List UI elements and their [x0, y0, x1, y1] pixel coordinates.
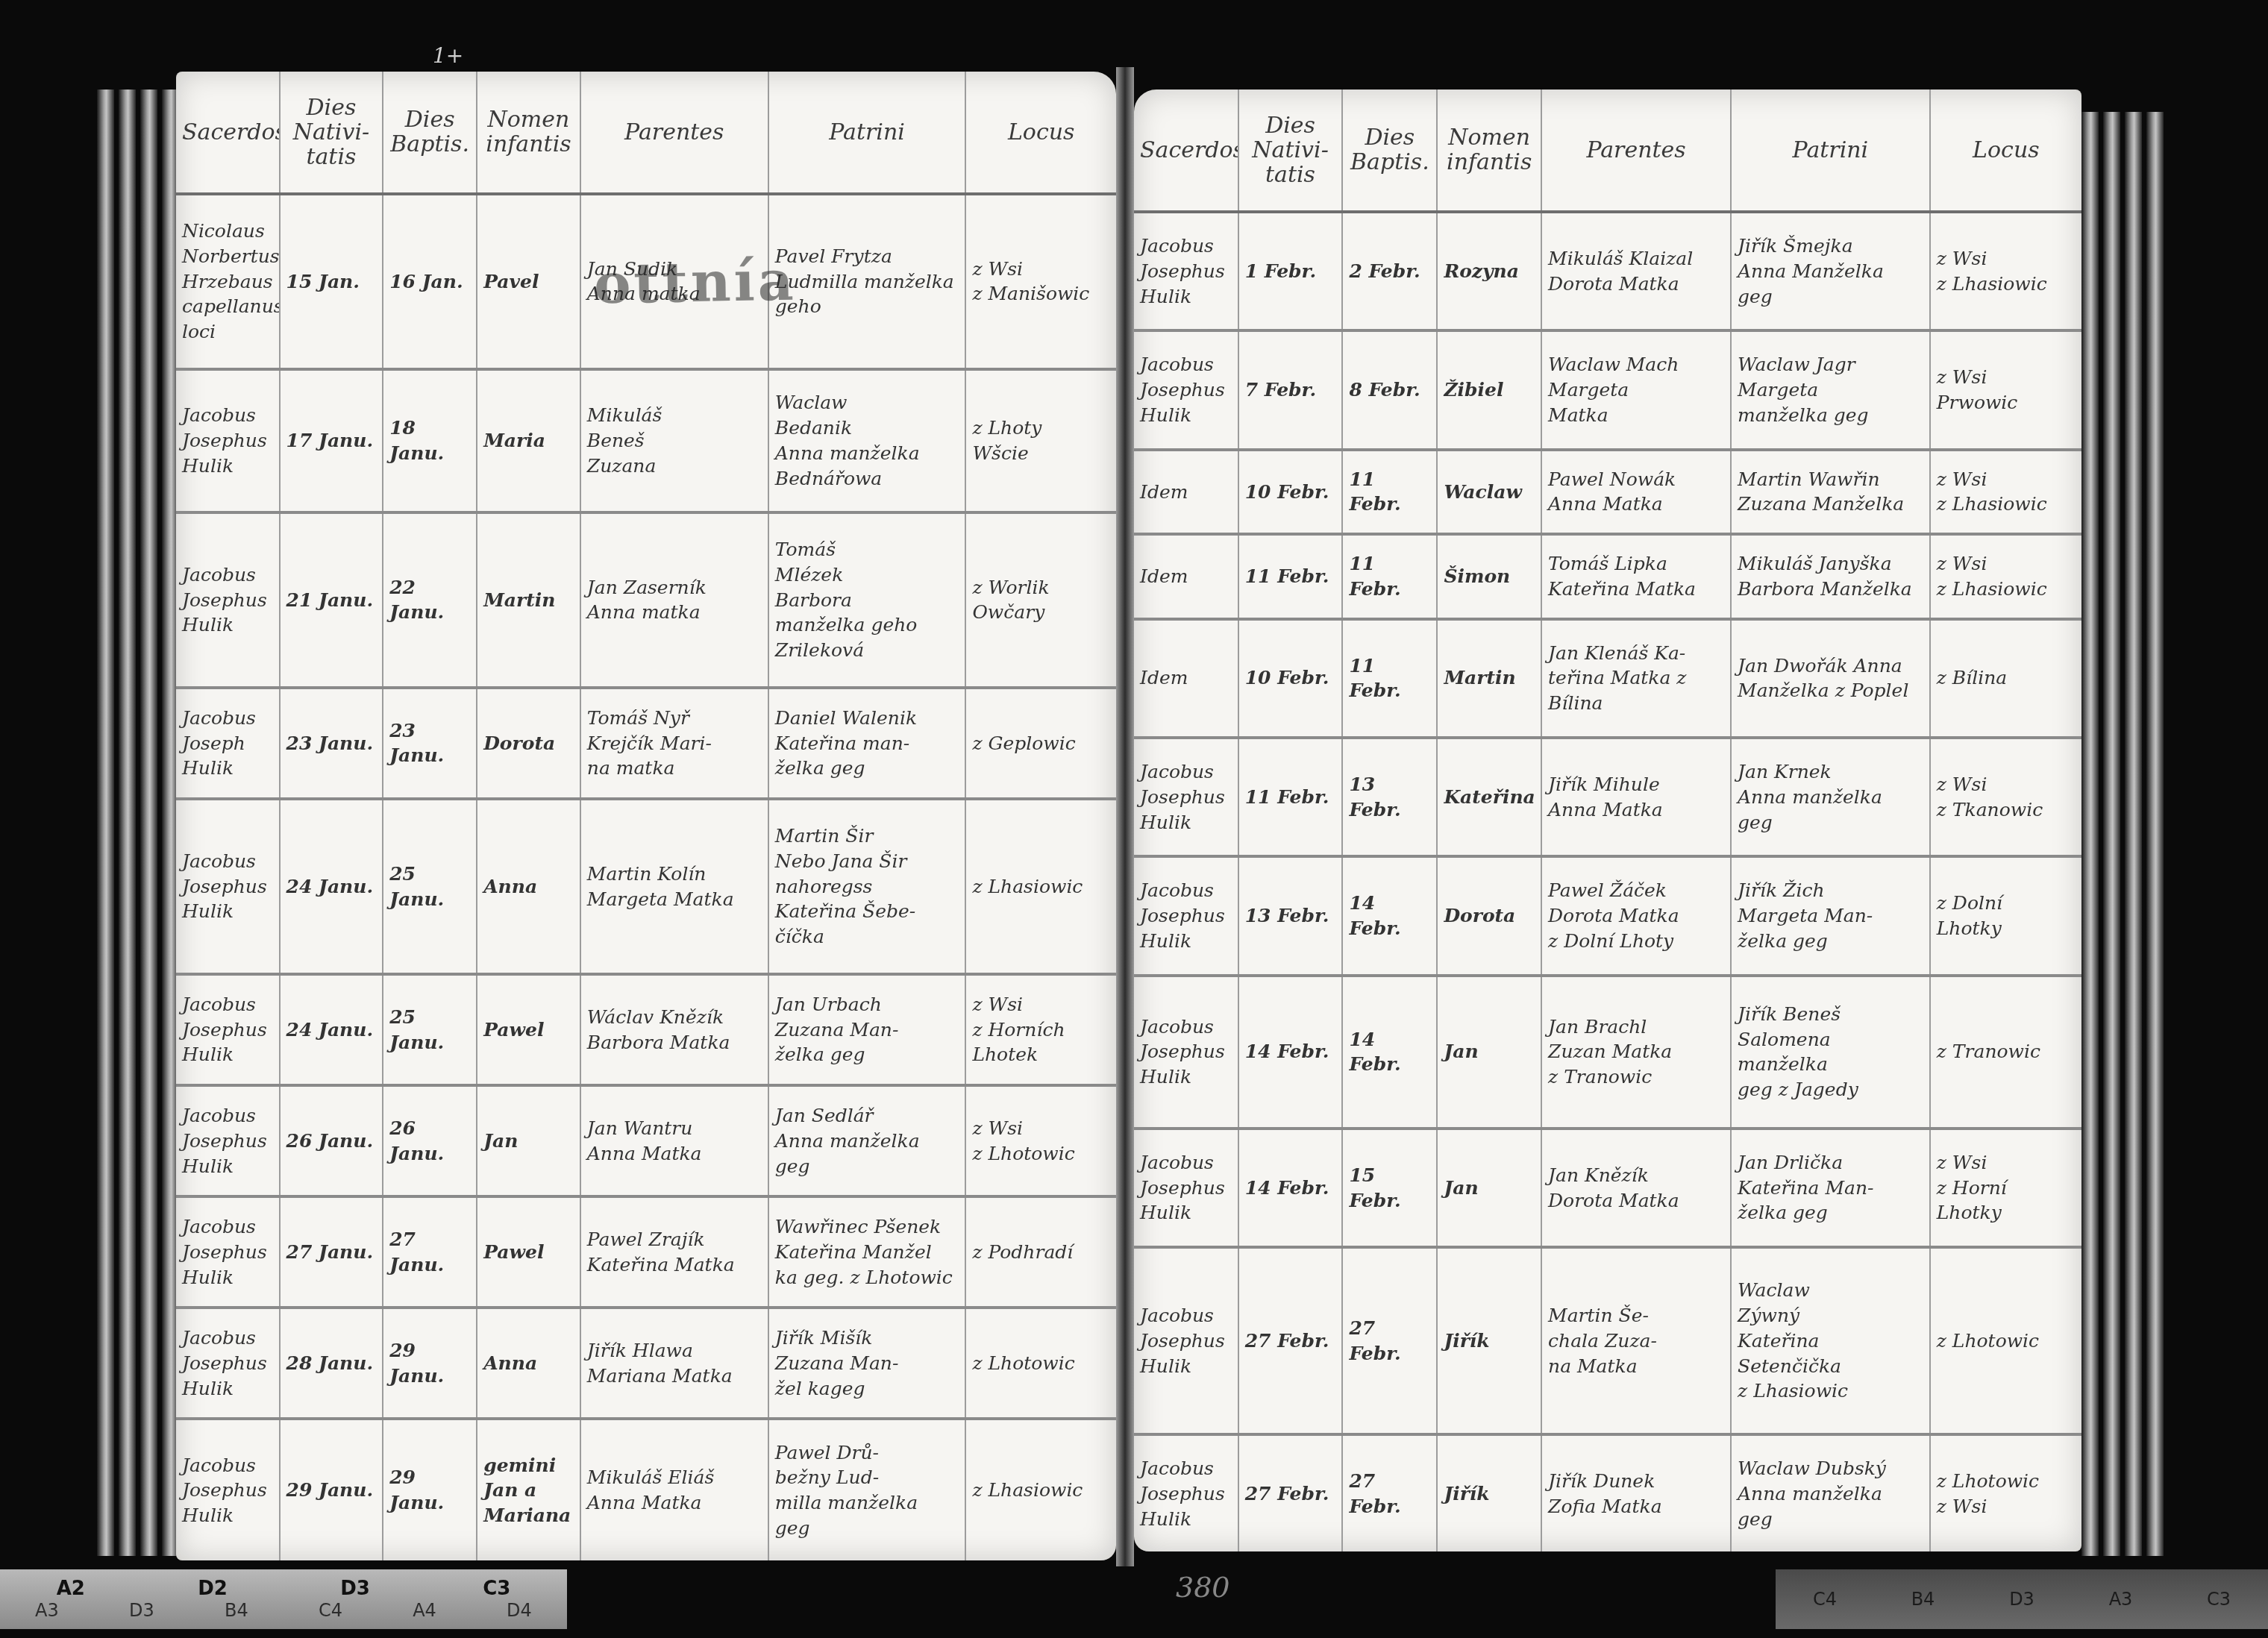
cell-sacerdos: Jacobus Josephus Hulik: [1134, 330, 1238, 449]
cell-nomen: Jiřík: [1437, 1434, 1541, 1551]
cell-parentes: Jan Brachl Zuzan Matka z Tranowic: [1541, 976, 1731, 1129]
cell-patrini: Jan Dwořák Anna Manželka z Poplel: [1731, 619, 1930, 738]
left-page: SacerdosDies Nativi- tatisDies Baptis.No…: [176, 72, 1116, 1560]
register-entry: Jacobus Josephus Hulik24 Janu.25 Janu.Pa…: [176, 974, 1116, 1085]
cell-natus: 21 Janu.: [280, 512, 383, 688]
cell-patrini: Jiřík Mišík Zuzana Man- žel kageg: [768, 1308, 966, 1419]
register-entry: Jacobus Josephus Hulik1 Febr.2 Febr.Rozy…: [1134, 212, 2081, 330]
cell-sacerdos: Jacobus Josephus Hulik: [1134, 738, 1238, 856]
cell-nomen: Jan: [477, 1085, 580, 1196]
cell-sacerdos: Idem: [1134, 450, 1238, 534]
cell-sacerdos: Jacobus Josephus Hulik: [176, 1419, 280, 1560]
cell-nomen: Waclaw: [1437, 450, 1541, 534]
register-table-right: SacerdosDies Nativi- tatisDies Baptis.No…: [1134, 90, 2081, 1551]
cell-natus: 1 Febr.: [1238, 212, 1343, 330]
scale-ruler-right: C4B4D3A3C3: [1776, 1569, 2268, 1629]
cell-patrini: Jiřík Žich Margeta Man- želka geg: [1731, 856, 1930, 975]
book-edge-right: [2081, 112, 2164, 1556]
cell-parentes: Mikuláš Eliáš Anna Matka: [580, 1419, 768, 1560]
cell-locus: z Wsi z Lhotowic: [965, 1085, 1116, 1196]
library-stamp: ottnía: [593, 249, 797, 317]
cell-natus: 29 Janu.: [280, 1419, 383, 1560]
column-header-locus: Locus: [965, 72, 1116, 194]
cell-patrini: Tomáš Mlézek Barbora manželka geho Zrile…: [768, 512, 966, 688]
cell-baptismus: 15 Febr.: [1342, 1129, 1437, 1247]
cell-nomen: Šimon: [1437, 534, 1541, 618]
ruler-label: C3: [483, 1578, 510, 1600]
cell-natus: 17 Janu.: [280, 369, 383, 512]
cell-baptismus: 27 Janu.: [383, 1196, 477, 1308]
cell-parentes: Mikuláš Klaizal Dorota Matka: [1541, 212, 1731, 330]
cell-nomen: Pawel: [477, 974, 580, 1085]
cell-natus: 23 Janu.: [280, 688, 383, 799]
register-entry: Idem10 Febr.11 Febr.MartinJan Klenáš Ka-…: [1134, 619, 2081, 738]
header-row: SacerdosDies Nativi- tatisDies Baptis.No…: [176, 72, 1116, 194]
register-entry: Jacobus Josephus Hulik27 Janu.27 Janu.Pa…: [176, 1196, 1116, 1308]
column-header-baptismus: Dies Baptis.: [1342, 90, 1437, 212]
cell-parentes: Martin Kolín Margeta Matka: [580, 799, 768, 974]
cell-parentes: Jiřík Hlawa Mariana Matka: [580, 1308, 768, 1419]
cell-parentes: Wáclav Knězík Barbora Matka: [580, 974, 768, 1085]
cell-parentes: Pawel Zrajík Kateřina Matka: [580, 1196, 768, 1308]
ruler-label: C4: [1813, 1589, 1837, 1610]
ruler-label: D3: [340, 1578, 370, 1600]
cell-locus: z Lhotowic z Wsi: [1930, 1434, 2081, 1551]
cell-nomen: Jiřík: [1437, 1247, 1541, 1434]
cell-baptismus: 25 Janu.: [383, 799, 477, 974]
page-number-left: 380: [1176, 1571, 1230, 1604]
cell-parentes: Mikuláš Beneš Zuzana: [580, 369, 768, 512]
cell-patrini: Pawel Drů- bežny Lud- milla manželka geg: [768, 1419, 966, 1560]
register-entry: Jacobus Josephus Hulik24 Janu.25 Janu.An…: [176, 799, 1116, 974]
cell-nomen: Rozyna: [1437, 212, 1541, 330]
cell-locus: z Wsi z Tkanowic: [1930, 738, 2081, 856]
cell-locus: z Lhasiowic: [965, 799, 1116, 974]
cell-sacerdos: Idem: [1134, 619, 1238, 738]
cell-locus: z Dolní Lhotky: [1930, 856, 2081, 975]
cell-sacerdos: Idem: [1134, 534, 1238, 618]
cell-parentes: Jiřík Mihule Anna Matka: [1541, 738, 1731, 856]
cell-locus: z Wsi z Horních Lhotek: [965, 974, 1116, 1085]
cell-baptismus: 8 Febr.: [1342, 330, 1437, 449]
register-entry: Jacobus Joseph Hulik23 Janu.23 Janu.Doro…: [176, 688, 1116, 799]
column-header-nomen: Nomen infantis: [477, 72, 580, 194]
cell-patrini: Jan Drlička Kateřina Man- želka geg: [1731, 1129, 1930, 1247]
column-header-nomen: Nomen infantis: [1437, 90, 1541, 212]
cell-natus: 11 Febr.: [1238, 738, 1343, 856]
cell-parentes: Tomáš Lipka Kateřina Matka: [1541, 534, 1731, 618]
cell-locus: z Lhotowic: [965, 1308, 1116, 1419]
cell-parentes: Jiřík Dunek Zofia Matka: [1541, 1434, 1731, 1551]
cell-parentes: Jan Wantru Anna Matka: [580, 1085, 768, 1196]
cell-baptismus: 11 Febr.: [1342, 450, 1437, 534]
book-gutter: [1116, 67, 1134, 1566]
cell-locus: z Podhradí: [965, 1196, 1116, 1308]
cell-nomen: Jan: [1437, 1129, 1541, 1247]
column-header-locus: Locus: [1930, 90, 2081, 212]
cell-natus: 27 Febr.: [1238, 1247, 1343, 1434]
cell-patrini: Jan Sedlář Anna manželka geg: [768, 1085, 966, 1196]
cell-nomen: Martin: [477, 512, 580, 688]
register-entry: Jacobus Josephus Hulik27 Febr.27 Febr.Ji…: [1134, 1247, 2081, 1434]
cell-natus: 14 Febr.: [1238, 976, 1343, 1129]
cell-natus: 27 Janu.: [280, 1196, 383, 1308]
cell-sacerdos: Jacobus Josephus Hulik: [176, 1196, 280, 1308]
cell-sacerdos: Jacobus Josephus Hulik: [176, 1308, 280, 1419]
cell-sacerdos: Jacobus Josephus Hulik: [176, 799, 280, 974]
ruler-label: D3: [129, 1600, 154, 1621]
cell-sacerdos: Jacobus Josephus Hulik: [1134, 1247, 1238, 1434]
ruler-label: B4: [225, 1600, 248, 1621]
cell-nomen: Kateřina: [1437, 738, 1541, 856]
cell-parentes: Pawel Žáček Dorota Matka z Dolní Lhoty: [1541, 856, 1731, 975]
column-header-baptismus: Dies Baptis.: [383, 72, 477, 194]
cell-locus: z Bílina: [1930, 619, 2081, 738]
register-entry: Jacobus Josephus Hulik7 Febr.8 Febr.Žibi…: [1134, 330, 2081, 449]
cell-parentes: Martin Še- chala Zuza- na Matka: [1541, 1247, 1731, 1434]
cell-parentes: Jan Zaserník Anna matka: [580, 512, 768, 688]
cell-sacerdos: Jacobus Josephus Hulik: [176, 512, 280, 688]
cell-baptismus: 14 Febr.: [1342, 856, 1437, 975]
cell-patrini: Waclaw Bedanik Anna manželka Bednářowa: [768, 369, 966, 512]
cell-baptismus: 26 Janu.: [383, 1085, 477, 1196]
ruler-label: A3: [35, 1600, 59, 1621]
cell-locus: z Wsi z Lhasiowic: [1930, 450, 2081, 534]
cell-locus: z Tranowic: [1930, 976, 2081, 1129]
cell-locus: z Lhasiowic: [965, 1419, 1116, 1560]
header-row: SacerdosDies Nativi- tatisDies Baptis.No…: [1134, 90, 2081, 212]
cell-baptismus: 29 Janu.: [383, 1419, 477, 1560]
cell-locus: z Lhotowic: [1930, 1247, 2081, 1434]
register-entry: Jacobus Josephus Hulik21 Janu.22 Janu.Ma…: [176, 512, 1116, 688]
cell-sacerdos: Jacobus Josephus Hulik: [176, 369, 280, 512]
cell-natus: 13 Febr.: [1238, 856, 1343, 975]
scale-ruler-left: A2D2D3C3 A3D3B4C4A4D4: [0, 1569, 567, 1629]
cell-sacerdos: Nicolaus Norbertus Hrzebaus capellanus l…: [176, 194, 280, 369]
cell-nomen: Maria: [477, 369, 580, 512]
cell-sacerdos: Jacobus Josephus Hulik: [1134, 1434, 1238, 1551]
column-header-parentes: Parentes: [580, 72, 768, 194]
cell-parentes: Jan Klenáš Ka- teřina Matka z Bílina: [1541, 619, 1731, 738]
cell-nomen: Žibiel: [1437, 330, 1541, 449]
cell-patrini: Jiřík Beneš Salomena manželka geg z Jage…: [1731, 976, 1930, 1129]
cell-nomen: Pawel: [477, 1196, 580, 1308]
cell-baptismus: 25 Janu.: [383, 974, 477, 1085]
cell-baptismus: 23 Janu.: [383, 688, 477, 799]
cell-nomen: Jan: [1437, 976, 1541, 1129]
cell-nomen: Anna: [477, 1308, 580, 1419]
cell-locus: z Wsi z Horní Lhotky: [1930, 1129, 2081, 1247]
column-header-natus: Dies Nativi- tatis: [280, 72, 383, 194]
right-page: SacerdosDies Nativi- tatisDies Baptis.No…: [1134, 90, 2081, 1551]
cell-parentes: Tomáš Nyř Krejčík Mari- na matka: [580, 688, 768, 799]
book-edge-left: [97, 90, 179, 1556]
cell-locus: z Lhoty Wšcie: [965, 369, 1116, 512]
register-entry: Jacobus Josephus Hulik17 Janu.18 Janu.Ma…: [176, 369, 1116, 512]
cell-natus: 10 Febr.: [1238, 450, 1343, 534]
cell-locus: z Wsi z Lhasiowic: [1930, 212, 2081, 330]
cell-locus: z Worlik Owčary: [965, 512, 1116, 688]
cell-patrini: Pavel Frytza Ludmilla manželka geho: [768, 194, 966, 369]
cell-patrini: Wawřinec Pšenek Kateřina Manžel ka geg. …: [768, 1196, 966, 1308]
cell-natus: 11 Febr.: [1238, 534, 1343, 618]
cell-patrini: Martin Wawřin Zuzana Manželka: [1731, 450, 1930, 534]
cell-baptismus: 11 Febr.: [1342, 534, 1437, 618]
cell-baptismus: 13 Febr.: [1342, 738, 1437, 856]
cell-natus: 10 Febr.: [1238, 619, 1343, 738]
ruler-label: D4: [507, 1600, 532, 1621]
register-entry: Jacobus Josephus Hulik13 Febr.14 Febr.Do…: [1134, 856, 2081, 975]
cell-natus: 26 Janu.: [280, 1085, 383, 1196]
cell-baptismus: 14 Febr.: [1342, 976, 1437, 1129]
cell-patrini: Jan Urbach Zuzana Man- želka geg: [768, 974, 966, 1085]
column-header-patrini: Patrini: [1731, 90, 1930, 212]
register-entry: Jacobus Josephus Hulik27 Febr.27 Febr.Ji…: [1134, 1434, 2081, 1551]
cell-locus: z Wsi Prwowic: [1930, 330, 2081, 449]
cell-natus: 24 Janu.: [280, 799, 383, 974]
cell-sacerdos: Jacobus Josephus Hulik: [1134, 856, 1238, 975]
cell-baptismus: 16 Jan.: [383, 194, 477, 369]
ruler-label: A3: [2109, 1589, 2133, 1610]
ruler-label: A2: [57, 1578, 85, 1600]
cell-patrini: Waclaw Jagr Margeta manželka geg: [1731, 330, 1930, 449]
corner-mark: 1+: [433, 43, 463, 68]
cell-sacerdos: Jacobus Josephus Hulik: [1134, 1129, 1238, 1247]
column-header-parentes: Parentes: [1541, 90, 1731, 212]
cell-nomen: gemini Jan a Mariana: [477, 1419, 580, 1560]
cell-baptismus: 27 Febr.: [1342, 1434, 1437, 1551]
cell-nomen: Anna: [477, 799, 580, 974]
cell-natus: 7 Febr.: [1238, 330, 1343, 449]
cell-sacerdos: Jacobus Josephus Hulik: [1134, 976, 1238, 1129]
cell-patrini: Martin Šir Nebo Jana Šir nahoregss Kateř…: [768, 799, 966, 974]
cell-parentes: Jan Knězík Dorota Matka: [1541, 1129, 1731, 1247]
register-entry: Jacobus Josephus Hulik29 Janu.29 Janu.ge…: [176, 1419, 1116, 1560]
cell-baptismus: 22 Janu.: [383, 512, 477, 688]
ruler-label: B4: [1911, 1589, 1935, 1610]
cell-natus: 15 Jan.: [280, 194, 383, 369]
cell-sacerdos: Jacobus Josephus Hulik: [176, 974, 280, 1085]
register-entry: Jacobus Josephus Hulik14 Febr.15 Febr.Ja…: [1134, 1129, 2081, 1247]
cell-baptismus: 29 Janu.: [383, 1308, 477, 1419]
cell-nomen: Pavel: [477, 194, 580, 369]
cell-natus: 28 Janu.: [280, 1308, 383, 1419]
ruler-label: C3: [2207, 1589, 2231, 1610]
ruler-label: D3: [2009, 1589, 2034, 1610]
ruler-label: C4: [319, 1600, 342, 1621]
cell-sacerdos: Jacobus Josephus Hulik: [176, 1085, 280, 1196]
cell-baptismus: 18 Janu.: [383, 369, 477, 512]
cell-baptismus: 11 Febr.: [1342, 619, 1437, 738]
cell-patrini: Jan Krnek Anna manželka geg: [1731, 738, 1930, 856]
register-entry: Jacobus Josephus Hulik14 Febr.14 Febr.Ja…: [1134, 976, 2081, 1129]
cell-baptismus: 2 Febr.: [1342, 212, 1437, 330]
cell-natus: 24 Janu.: [280, 974, 383, 1085]
column-header-sacerdos: Sacerdos: [1134, 90, 1238, 212]
cell-natus: 27 Febr.: [1238, 1434, 1343, 1551]
cell-locus: z Wsi z Manišowic: [965, 194, 1116, 369]
cell-sacerdos: Jacobus Joseph Hulik: [176, 688, 280, 799]
cell-natus: 14 Febr.: [1238, 1129, 1343, 1247]
cell-patrini: Daniel Walenik Kateřina man- želka geg: [768, 688, 966, 799]
cell-nomen: Dorota: [477, 688, 580, 799]
ruler-label: A4: [413, 1600, 436, 1621]
column-header-patrini: Patrini: [768, 72, 966, 194]
cell-locus: z Wsi z Lhasiowic: [1930, 534, 2081, 618]
cell-nomen: Dorota: [1437, 856, 1541, 975]
register-entry: Idem11 Febr.11 Febr.ŠimonTomáš Lipka Kat…: [1134, 534, 2081, 618]
cell-sacerdos: Jacobus Josephus Hulik: [1134, 212, 1238, 330]
cell-baptismus: 27 Febr.: [1342, 1247, 1437, 1434]
register-entry: Jacobus Josephus Hulik11 Febr.13 Febr.Ka…: [1134, 738, 2081, 856]
column-header-natus: Dies Nativi- tatis: [1238, 90, 1343, 212]
cell-nomen: Martin: [1437, 619, 1541, 738]
cell-locus: z Geplowic: [965, 688, 1116, 799]
cell-parentes: Pawel Nowák Anna Matka: [1541, 450, 1731, 534]
cell-patrini: Waclaw Dubský Anna manželka geg: [1731, 1434, 1930, 1551]
column-header-sacerdos: Sacerdos: [176, 72, 280, 194]
register-entry: Jacobus Josephus Hulik28 Janu.29 Janu.An…: [176, 1308, 1116, 1419]
register-entry: Jacobus Josephus Hulik26 Janu.26 Janu.Ja…: [176, 1085, 1116, 1196]
register-entry: Idem10 Febr.11 Febr.WaclawPawel Nowák An…: [1134, 450, 2081, 534]
ruler-label: D2: [198, 1578, 228, 1600]
cell-parentes: Waclaw Mach Margeta Matka: [1541, 330, 1731, 449]
cell-patrini: Mikuláš Janyška Barbora Manželka: [1731, 534, 1930, 618]
cell-patrini: Waclaw Zýwný Kateřina Setenčička z Lhasi…: [1731, 1247, 1930, 1434]
cell-patrini: Jiřík Šmejka Anna Manželka geg: [1731, 212, 1930, 330]
